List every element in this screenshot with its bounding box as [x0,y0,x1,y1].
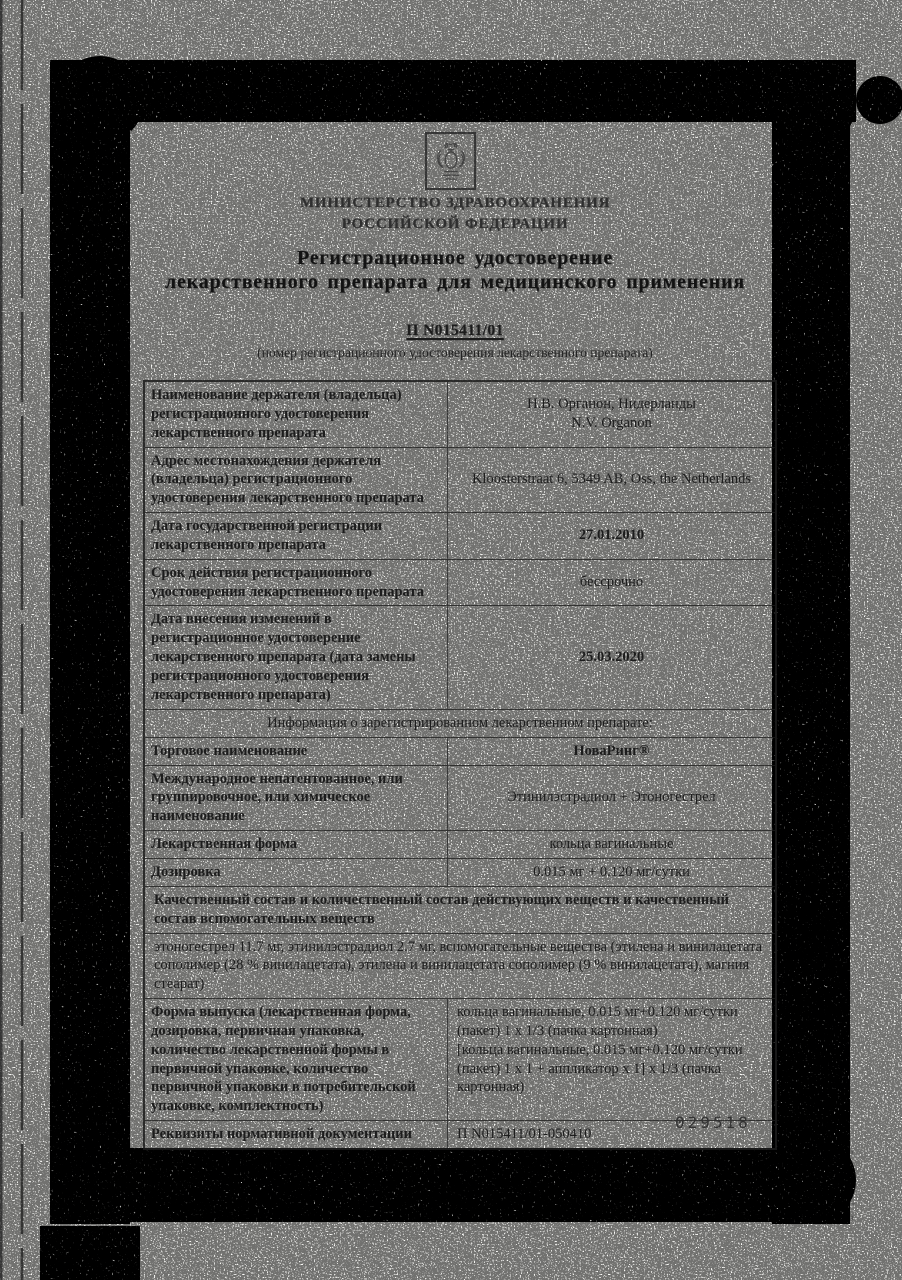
row-label: Форма выпуска (лекарственная форма, дози… [145,999,448,1120]
row-label: Дата государственной регистрации лекарст… [145,513,448,559]
row-label: Дата внесения изменений в регистрационно… [145,606,448,708]
row-label: Реквизиты нормативной документации [145,1121,448,1148]
registration-number-caption: (номер регистрационного удостоверения ле… [0,345,902,361]
table-row-composition-heading: Качественный состав и количественный сос… [145,886,775,933]
document-title-line-2: лекарственного препарата для медицинског… [0,270,902,294]
scanned-registration-certificate: МИНИСТЕРСТВО ЗДРАВООХРАНЕНИЯ РОССИЙСКОЙ … [0,0,902,1280]
table-row-validity-period: Срок действия регистрационного удостовер… [145,559,775,606]
row-value: НоваРинг® [448,738,775,765]
table-row-registration-date: Дата государственной регистрации лекарст… [145,512,775,559]
ministry-name: МИНИСТЕРСТВО ЗДРАВООХРАНЕНИЯ РОССИЙСКОЙ … [0,193,902,235]
document-title: Регистрационное удостоверение лекарствен… [0,246,902,294]
row-value: кольца вагинальные [448,831,775,858]
table-row-inn-name: Международное непатентованное, или групп… [145,765,775,831]
row-value: Этинилэстрадиол + Этоногестрел [448,766,775,831]
russia-coat-of-arms-icon [425,132,476,190]
composition-text: этоногестрел 11.7 мг, этинилэстрадиол 2.… [145,934,775,999]
section-heading: Информация о зарегистрированном лекарств… [145,710,775,737]
table-row-release-form: Форма выпуска (лекарственная форма, дози… [145,998,775,1120]
registration-number: П N015411/01 [0,322,902,340]
table-row-composition: этоногестрел 11.7 мг, этинилэстрадиол 2.… [145,933,775,999]
ministry-line-1: МИНИСТЕРСТВО ЗДРАВООХРАНЕНИЯ [0,193,902,214]
row-value: Kloosterstraat 6, 5349 AB, Oss, the Neth… [448,448,775,513]
table-row-info-heading: Информация о зарегистрированном лекарств… [145,709,775,737]
row-value: кольца вагинальные, 0.015 мг+0.120 мг/су… [448,999,775,1120]
row-label: Торговое наименование [145,738,448,765]
row-label: Срок действия регистрационного удостовер… [145,560,448,606]
table-row-amendment-date: Дата внесения изменений в регистрационно… [145,605,775,708]
document-title-line-1: Регистрационное удостоверение [0,246,902,270]
table-row-dosage: Дозировка 0.015 мг + 0.120 мг/сутки [145,858,775,886]
row-label: Адрес местонахождения держателя (владель… [145,448,448,513]
row-label: Наименование держателя (владельца) регис… [145,382,448,447]
row-label: Международное непатентованное, или групп… [145,766,448,831]
form-serial-number: 029518 [675,1113,751,1132]
table-row-trade-name: Торговое наименование НоваРинг® [145,737,775,765]
row-label: Лекарственная форма [145,831,448,858]
table-row-holder-name: Наименование держателя (владельца) регис… [145,382,775,447]
table-row-dosage-form: Лекарственная форма кольца вагинальные [145,830,775,858]
row-value: Н.В. Органон, Нидерланды N.V. Organon [448,382,775,447]
row-label: Дозировка [145,859,448,886]
section-heading: Качественный состав и количественный сос… [145,887,775,933]
certificate-content: МИНИСТЕРСТВО ЗДРАВООХРАНЕНИЯ РОССИЙСКОЙ … [0,0,902,1280]
row-value: 0.015 мг + 0.120 мг/сутки [448,859,775,886]
row-value: 27.01.2010 [448,513,775,559]
row-value: бессрочно [448,560,775,606]
table-row-holder-address: Адрес местонахождения держателя (владель… [145,447,775,513]
ministry-line-2: РОССИЙСКОЙ ФЕДЕРАЦИИ [0,214,902,235]
row-value: 25.03.2020 [448,606,775,708]
registration-details-table: Наименование держателя (владельца) регис… [143,380,777,1150]
